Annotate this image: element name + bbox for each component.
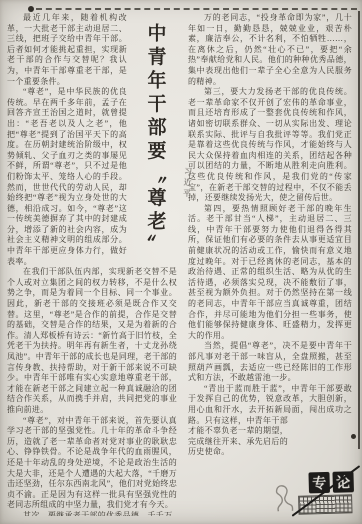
paragraph: 第三，要大力发扬老干部的优良传统。老一辈革命家不仅开创了宏伟的革命事业，而且还培… <box>188 87 352 204</box>
paragraph: 在我们干部队伍内部，实现新老交替不是个人或对立集团之间的权力转移，不是什么权势之… <box>7 267 177 415</box>
paragraph: 第四，要热情照顾好老干部的晚年生活。老干部甘当“人梯”，主动退居二、三线，中青年… <box>188 204 352 342</box>
right-edge-rule <box>358 11 360 449</box>
paragraph: “尊老”，对中青年干部来说，首先要认真学习老干部的坚强党性。几十年的革命斗争经历… <box>7 416 177 511</box>
top-rule-dot <box>28 6 34 12</box>
newspaper-scan-page: 中青年干部要〝尊老〟 最近几年来，随着机构改革，一大批老干部主动退居二、三线，把… <box>0 0 362 524</box>
scribble-flourish-icon <box>274 481 297 516</box>
right-column: 万的老同志，“投身革命即为家”，几十年如一日，勤勤恳恳，兢兢业业，艰苦朴素，廉洁… <box>188 13 352 516</box>
paragraph: “尊老”，是中华民族的优良传统。早在两千多年前，孟子在回答齐宣王治国之道时，就曾… <box>7 87 177 267</box>
article-body: 中青年干部要〝尊老〟 最近几年来，随着机构改革，一大批老干部主动退居二、三线，把… <box>7 13 352 516</box>
paragraph: 万的老同志，“投身革命即为家”，几十年如一日，勤勤恳恳，兢兢业业，艰苦朴素，廉洁… <box>188 13 352 87</box>
paragraph: 其次，要继承老干部的优秀品德。千千万 <box>7 511 177 516</box>
paragraph: 最近几年来，随着机构改革，一大批老干部主动退居二、三线，把班子交给中青年干部。后… <box>7 13 177 87</box>
paragraph: “青出于蓝而胜于蓝”，中青年干部要敢于发挥自己的优势，锐意改革，大胆创新，用心血… <box>188 384 352 458</box>
paragraph: 当然，提倡“尊老”，决不是要中青年干部凡事对老干部一味盲从，全盘照搬，甚至照葫芦… <box>188 341 352 383</box>
column-seal: 专 论 <box>295 471 354 515</box>
left-column: 中青年干部要〝尊老〟 最近几年来，随着机构改革，一大批老干部主动退居二、三线，把… <box>7 13 177 516</box>
top-dashed-rule <box>36 8 357 10</box>
author-signature: 习近平 <box>181 167 194 201</box>
